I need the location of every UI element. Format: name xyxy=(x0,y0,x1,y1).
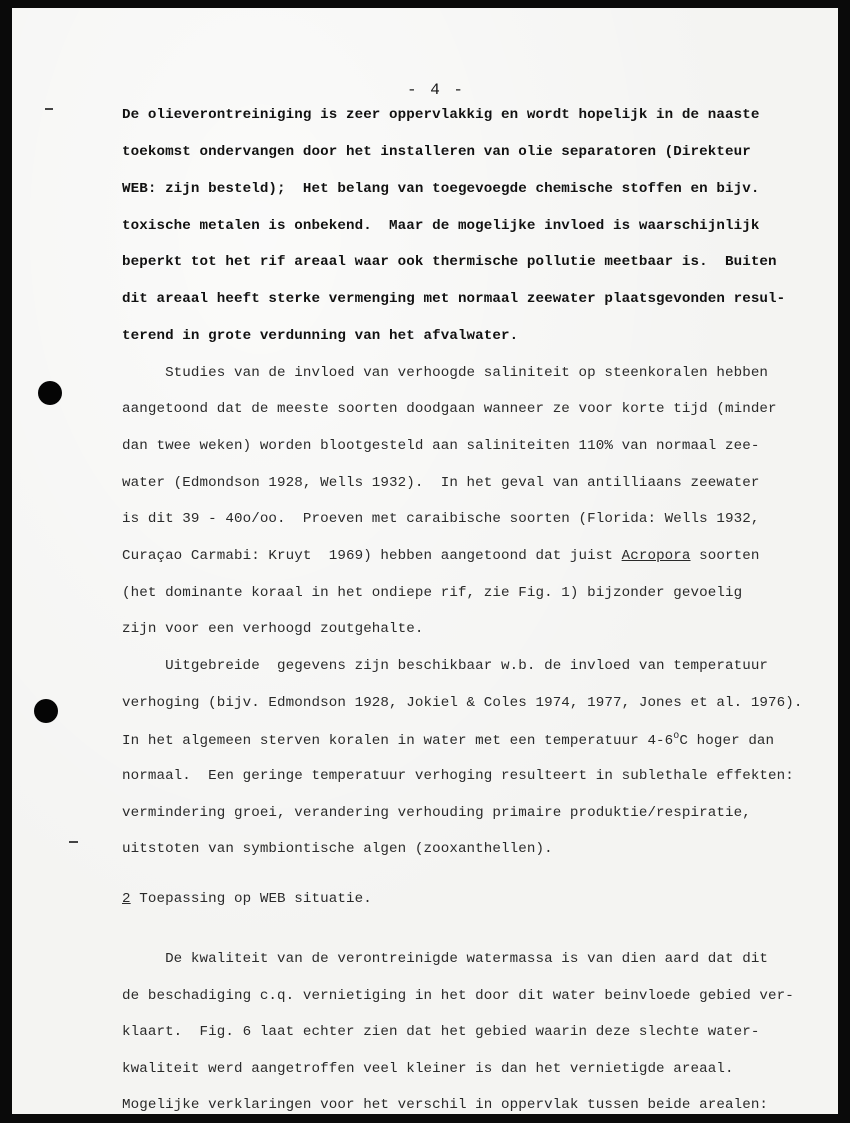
text-line: Mogelijke verklaringen voor het verschil… xyxy=(122,1097,768,1113)
punch-hole-bottom xyxy=(34,699,58,723)
text-line: dit areaal heeft sterke vermenging met n… xyxy=(122,291,785,307)
text-line: terend in grote verdunning van het afval… xyxy=(122,328,518,344)
text-line: toxische metalen is onbekend. Maar de mo… xyxy=(122,218,759,234)
section-number: 2 xyxy=(122,891,131,907)
section-heading: 2 Toepassing op WEB situatie. xyxy=(122,891,372,907)
text-line: beperkt tot het rif areaal waar ook ther… xyxy=(122,254,777,270)
text-line: kwaliteit werd aangetroffen veel kleiner… xyxy=(122,1061,734,1077)
text-line: Curaçao Carmabi: Kruyt 1969) hebben aang… xyxy=(122,548,759,564)
text-line: normaal. Een geringe temperatuur verhogi… xyxy=(122,768,794,784)
text-line: In het algemeen sterven koralen in water… xyxy=(122,731,774,749)
underlined-genus: Acropora xyxy=(622,548,691,564)
text-line: is dit 39 - 40o/oo. Proeven met caraibis… xyxy=(122,511,759,527)
text-segment: soorten xyxy=(691,548,760,564)
text-line: verhoging (bijv. Edmondson 1928, Jokiel … xyxy=(122,695,803,711)
scan-mark xyxy=(45,108,53,110)
scan-mark xyxy=(69,841,78,843)
text-segment: Curaçao Carmabi: Kruyt 1969) hebben aang… xyxy=(122,548,622,564)
text-segment: In het algemeen sterven koralen in water… xyxy=(122,733,673,749)
text-line: Uitgebreide gegevens zijn beschikbaar w.… xyxy=(122,658,768,674)
page-number: - 4 - xyxy=(407,81,465,99)
text-segment: C hoger dan xyxy=(679,733,774,749)
text-line: zijn voor een verhoogd zoutgehalte. xyxy=(122,621,424,637)
text-line: Studies van de invloed van verhoogde sal… xyxy=(122,365,768,381)
document-page: - 4 - De olieverontreiniging is zeer opp… xyxy=(12,8,838,1114)
text-line: uitstoten van symbiontische algen (zooxa… xyxy=(122,841,553,857)
text-line: de beschadiging c.q. vernietiging in het… xyxy=(122,988,794,1004)
text-line: (het dominante koraal in het ondiepe rif… xyxy=(122,585,742,601)
text-line: klaart. Fig. 6 laat echter zien dat het … xyxy=(122,1024,759,1040)
text-line: De olieverontreiniging is zeer oppervlak… xyxy=(122,107,759,123)
text-line: De kwaliteit van de verontreinigde water… xyxy=(122,951,768,967)
text-line: toekomst ondervangen door het installere… xyxy=(122,144,751,160)
text-line: water (Edmondson 1928, Wells 1932). In h… xyxy=(122,475,759,491)
text-line: vermindering groei, verandering verhoudi… xyxy=(122,805,751,821)
text-line: aangetoond dat de meeste soorten doodgaa… xyxy=(122,401,777,417)
text-line: dan twee weken) worden blootgesteld aan … xyxy=(122,438,759,454)
section-title: Toepassing op WEB situatie. xyxy=(131,891,372,907)
text-line: WEB: zijn besteld); Het belang van toege… xyxy=(122,181,759,197)
punch-hole-top xyxy=(38,381,62,405)
